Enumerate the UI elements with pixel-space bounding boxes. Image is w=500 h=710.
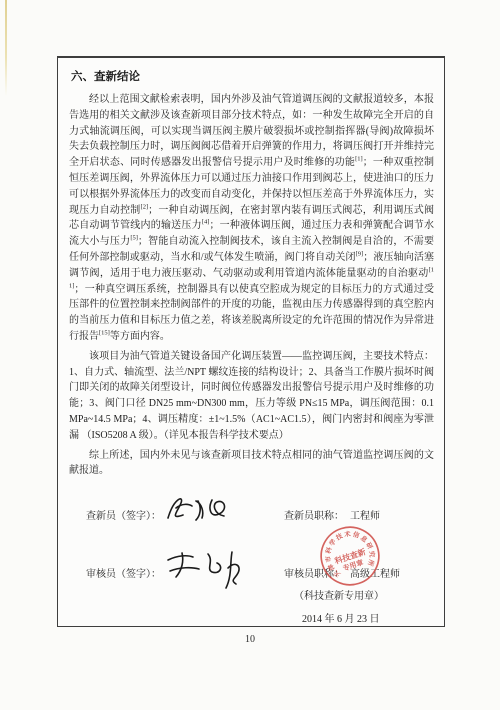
paragraph-project-features: 该项目为油气管道关键设备国产化调压装置——监控调压阀，主要技术特点：1、自力式、… — [69, 349, 434, 444]
svg-text:研: 研 — [364, 541, 375, 551]
svg-text:所: 所 — [366, 558, 377, 567]
paragraph-literature-review: 经以上范围文献检索表明，国内外涉及油气管道调压阀的文献报道较多，本报告选用的相关… — [69, 92, 434, 345]
svg-text:术: 术 — [343, 529, 352, 539]
report-date: 2014 年 6 月 23 日 — [302, 610, 380, 625]
checker-signature-label: 查新员（签字）： — [86, 507, 161, 522]
scanned-document-page: 六、查新结论 经以上范围文献检索表明，国内外涉及油气管道调压阀的文献报道较多，本… — [0, 0, 500, 710]
scan-edge-artifact — [5, 0, 7, 96]
paragraph-final-conclusion: 综上所述，国内外未见与该查新项目技术特点相同的油气管道监控调压阀的文献报道。 — [69, 448, 434, 480]
svg-text:究: 究 — [368, 551, 378, 559]
auditor-signature-label: 审核员（签字）： — [86, 565, 161, 580]
checker-handwritten-signature — [162, 488, 234, 532]
page-number: 10 — [0, 634, 500, 645]
section-title: 六、查新结论 — [71, 68, 434, 84]
conclusion-content: 六、查新结论 经以上范围文献检索表明，国内外涉及油气管道调压阀的文献报道较多，本… — [58, 58, 444, 479]
conclusion-box: 六、查新结论 经以上范围文献检索表明，国内外涉及油气管道调压阀的文献报道较多，本… — [57, 56, 445, 627]
checker-title-label: 查新员职称： — [284, 507, 344, 522]
svg-text:津: 津 — [325, 562, 336, 573]
svg-text:市: 市 — [323, 555, 333, 563]
auditor-handwritten-signature — [162, 546, 258, 602]
